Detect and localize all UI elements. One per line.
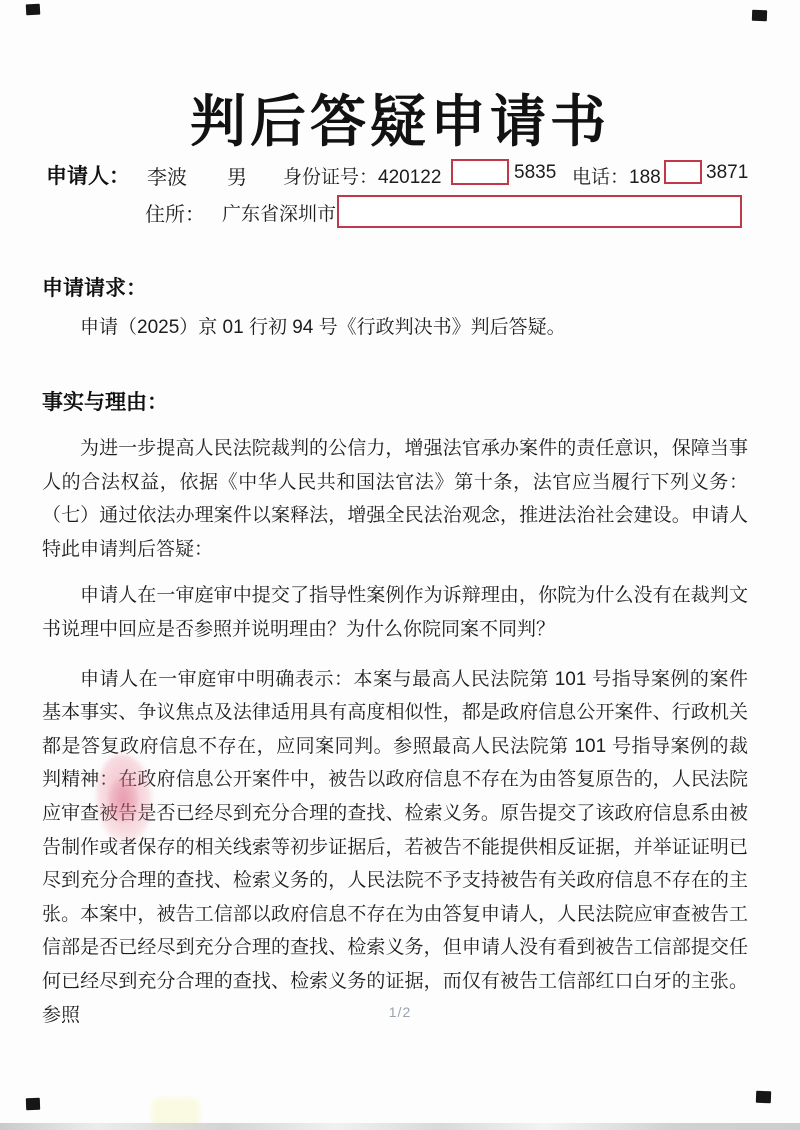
redaction-box-phone-number bbox=[664, 160, 702, 184]
facts-paragraph-2: 申请人在一审庭审中提交了指导性案例作为诉辩理由，你院为什么没有在裁判文书说理中回… bbox=[42, 579, 748, 646]
applicant-label: 申请人： bbox=[46, 160, 130, 190]
applicant-id-suffix: 5835 bbox=[514, 162, 556, 184]
address-prefix: 广东省深圳市 bbox=[222, 199, 336, 226]
redaction-box-address bbox=[337, 195, 742, 228]
section-heading-request: 申请请求： bbox=[42, 272, 147, 302]
facts-paragraph-1: 为进一步提高人民法院裁判的公信力，增强法官承办案件的责任意识，保障当事人的合法权… bbox=[42, 432, 748, 566]
scanned-document-page: 判后答疑申请书 申请人： 李波 男 身份证号：420122 5835 电话：18… bbox=[0, 0, 800, 1130]
address-label: 住所： bbox=[145, 198, 205, 227]
applicant-id-prefix: 身份证号：420122 bbox=[283, 162, 441, 189]
facts-body: 为进一步提高人民法院裁判的公信力，增强法官承办案件的责任意识，保障当事人的合法权… bbox=[42, 432, 748, 1032]
section-heading-facts: 事实与理由： bbox=[42, 386, 168, 416]
applicant-phone-suffix: 3871 bbox=[706, 162, 748, 184]
applicant-name: 李波 bbox=[147, 161, 187, 190]
scan-bottom-edge bbox=[0, 1123, 800, 1130]
scan-corner-mark-bottom-left bbox=[26, 1098, 40, 1110]
scan-corner-mark-top-left bbox=[26, 4, 41, 16]
document-title: 判后答疑申请书 bbox=[0, 78, 800, 158]
scan-corner-mark-bottom-right bbox=[756, 1091, 771, 1104]
request-paragraph: 申请（2025）京 01 行初 94 号《行政判决书》判后答疑。 bbox=[42, 311, 752, 345]
scan-corner-mark-top-right bbox=[752, 10, 767, 22]
page-number: 1/2 bbox=[0, 1004, 800, 1020]
applicant-gender: 男 bbox=[227, 161, 247, 190]
redaction-box-id-number bbox=[451, 159, 509, 185]
facts-paragraph-3: 申请人在一审庭审中明确表示：本案与最高人民法院第 101 号指导案例的案件基本事… bbox=[42, 663, 748, 1033]
applicant-phone-prefix: 电话：188 bbox=[572, 162, 661, 189]
